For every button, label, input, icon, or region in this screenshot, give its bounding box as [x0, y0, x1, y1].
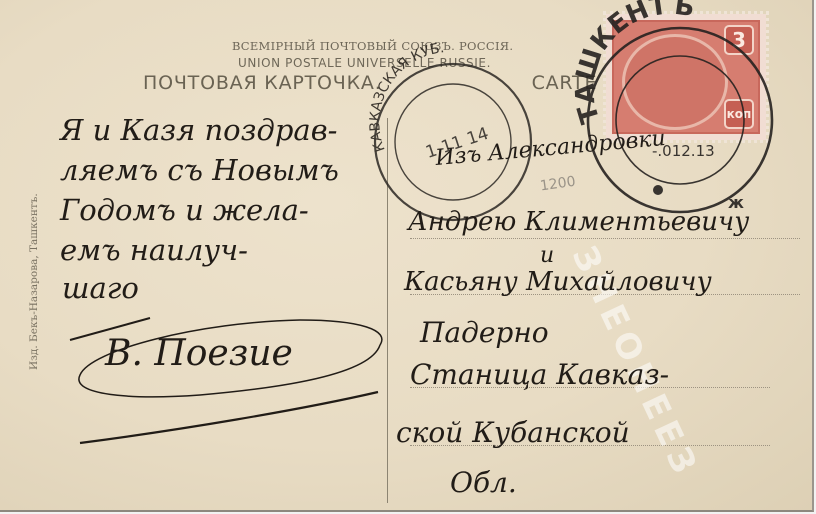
message-line: Я и Казя поздрав- — [58, 113, 337, 147]
message-line: шаго — [62, 271, 139, 305]
signature-text: В. Поезие — [104, 333, 293, 374]
watermark: ЗНЕОНЕЕЗ — [564, 240, 707, 485]
stamp-design: 3 коп — [612, 20, 760, 134]
upu-russian-header: ВСЕМIРНЫЙ ПОЧТОВЫЙ СОЮЗЪ. РОССIЯ. — [232, 39, 513, 53]
stamp-value: 3 — [724, 25, 754, 55]
upu-french-header: UNION POSTALE UNIVERSELLE RUSSIE. — [238, 56, 491, 70]
arrival-date: 1 11 14 — [423, 124, 491, 163]
message-handwriting: Я и Казя поздрав- ляемъ съ Новымъ Годомъ… — [58, 113, 339, 305]
message-line: Годомъ и жела- — [59, 193, 309, 227]
postage-stamp: 3 коп — [606, 14, 766, 140]
postcard-back: ВСЕМIРНЫЙ ПОЧТОВЫЙ СОЮЗЪ. РОССIЯ. UNION … — [0, 0, 814, 512]
address-line — [410, 387, 770, 388]
address-line-text: Андрею Климентьевичу — [406, 207, 749, 237]
address-line-text: и — [540, 243, 554, 268]
signature: В. Поезие — [70, 318, 382, 443]
message-line: емъ наилуч- — [60, 233, 248, 267]
address-line — [410, 445, 770, 446]
departure-series: ж — [728, 193, 744, 212]
message-line: ляемъ съ Новымъ — [60, 153, 339, 187]
address-line-text: Падерно — [419, 316, 549, 349]
publisher-imprint: Изд. Бекъ-Назарова, Ташкентъ. — [28, 193, 40, 370]
title-russian: ПОЧТОВАЯ КАРТОЧКА. — [143, 72, 382, 94]
pencil-note: 1200 — [539, 174, 577, 195]
address-line-text: Касьяну Михайловичу — [403, 267, 712, 297]
address-line — [410, 238, 800, 239]
stamp-value-bottom: коп — [724, 99, 754, 129]
stamp-portrait — [622, 34, 728, 130]
center-divider — [387, 118, 388, 503]
address-line-text: Обл. — [450, 466, 517, 499]
departure-date: -.012.13 — [652, 142, 715, 160]
